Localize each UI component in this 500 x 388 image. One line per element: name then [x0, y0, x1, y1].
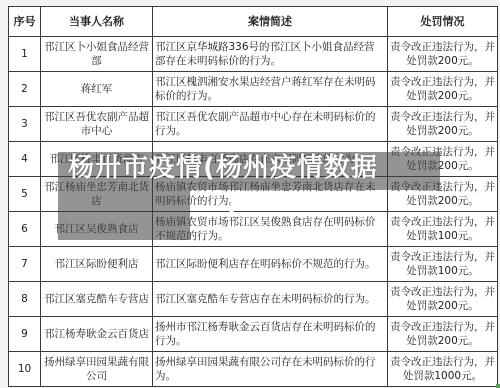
- row-index: 1: [9, 37, 41, 72]
- title-overlay-block: [58, 190, 190, 240]
- table-row: 2 蒋红军 邗江区槐泗湘安水果店经营户蒋红军存在未明码标价的行为。 责令改正违法…: [9, 72, 498, 107]
- row-party: 邗江杨寿耿金云百货店: [41, 317, 153, 352]
- header-penalty: 处罚情况: [388, 7, 498, 37]
- row-index: 5: [9, 177, 41, 212]
- row-penalty: 责令改正违法行为，并处罚款100元。: [388, 212, 498, 247]
- row-index: 9: [9, 317, 41, 352]
- table-row: 1 邗江区卜小姐食品经营部 邗江区京华城路336号的邗江区卜小姐食品经营部存在未…: [9, 37, 498, 72]
- row-index: 2: [9, 72, 41, 107]
- row-index: 3: [9, 107, 41, 142]
- row-description: 扬州绿享田园果蔬有限公司存在未明码标价的行为。: [153, 352, 388, 387]
- row-description: 邗江区塞克酷车专营店存在未明码标价的行为。: [153, 282, 388, 317]
- table-header-row: 序号 当事人名称 案情简述 处罚情况: [9, 7, 498, 37]
- corner-mark: [496, 384, 500, 388]
- overlay-title: 杨卅市疫情(杨州疫情数据: [68, 152, 448, 184]
- row-description: 邗江区吾优农副产品超市中心存在未明码标价的行为。: [153, 107, 388, 142]
- row-penalty: 责令改正违法行为，并处罚款1000元。: [388, 352, 498, 387]
- row-penalty: 责令改正违法行为，并处罚款100元。: [388, 247, 498, 282]
- row-index: 4: [9, 142, 41, 177]
- row-party: 邗江区际盼便利店: [41, 247, 153, 282]
- row-index: 7: [9, 247, 41, 282]
- header-index: 序号: [9, 7, 41, 37]
- row-index: 8: [9, 282, 41, 317]
- row-party: 邗江区卜小姐食品经营部: [41, 37, 153, 72]
- row-penalty: 责令改正违法行为，并处罚款200元。: [388, 317, 498, 352]
- header-description: 案情简述: [153, 7, 388, 37]
- table-row: 10 扬州绿享田园果蔬有限公司 扬州绿享田园果蔬有限公司存在未明码标价的行为。 …: [9, 352, 498, 387]
- row-penalty: 责令改正违法行为，并处罚款200元。: [388, 107, 498, 142]
- table-row: 3 邗江区吾优农副产品超市中心 邗江区吾优农副产品超市中心存在未明码标价的行为。…: [9, 107, 498, 142]
- row-party: 邗江区塞克酷车专营店: [41, 282, 153, 317]
- row-penalty: 责令改正违法行为，并处罚款200元。: [388, 282, 498, 317]
- row-description: 邗江区际盼便利店存在明码标价不规范的行为。: [153, 247, 388, 282]
- row-penalty: 责令改正违法行为，并处罚款200元。: [388, 72, 498, 107]
- table-row: 8 邗江区塞克酷车专营店 邗江区塞克酷车专营店存在未明码标价的行为。 责令改正违…: [9, 282, 498, 317]
- header-party: 当事人名称: [41, 7, 153, 37]
- row-party: 扬州绿享田园果蔬有限公司: [41, 352, 153, 387]
- row-description: 邗江区京华城路336号的邗江区卜小姐食品经营部存在未明码标价的行为。: [153, 37, 388, 72]
- table-row: 9 邗江杨寿耿金云百货店 扬州市邗江杨寿耿金云百货店存在未明码标价的行为。 责令…: [9, 317, 498, 352]
- table-row: 7 邗江区际盼便利店 邗江区际盼便利店存在明码标价不规范的行为。 责令改正违法行…: [9, 247, 498, 282]
- row-penalty: 责令改正违法行为，并处罚款200元。: [388, 37, 498, 72]
- row-description: 扬州市邗江杨寿耿金云百货店存在未明码标价的行为。: [153, 317, 388, 352]
- document-image: 序号 当事人名称 案情简述 处罚情况 1 邗江区卜小姐食品经营部 邗江区京华城路…: [0, 0, 500, 388]
- row-description: 邗江区槐泗湘安水果店经营户蒋红军存在未明码标价的行为。: [153, 72, 388, 107]
- row-index: 6: [9, 212, 41, 247]
- row-party: 蒋红军: [41, 72, 153, 107]
- row-index: 10: [9, 352, 41, 387]
- overlay-title-continuation: ): [226, 188, 238, 218]
- row-party: 邗江区吾优农副产品超市中心: [41, 107, 153, 142]
